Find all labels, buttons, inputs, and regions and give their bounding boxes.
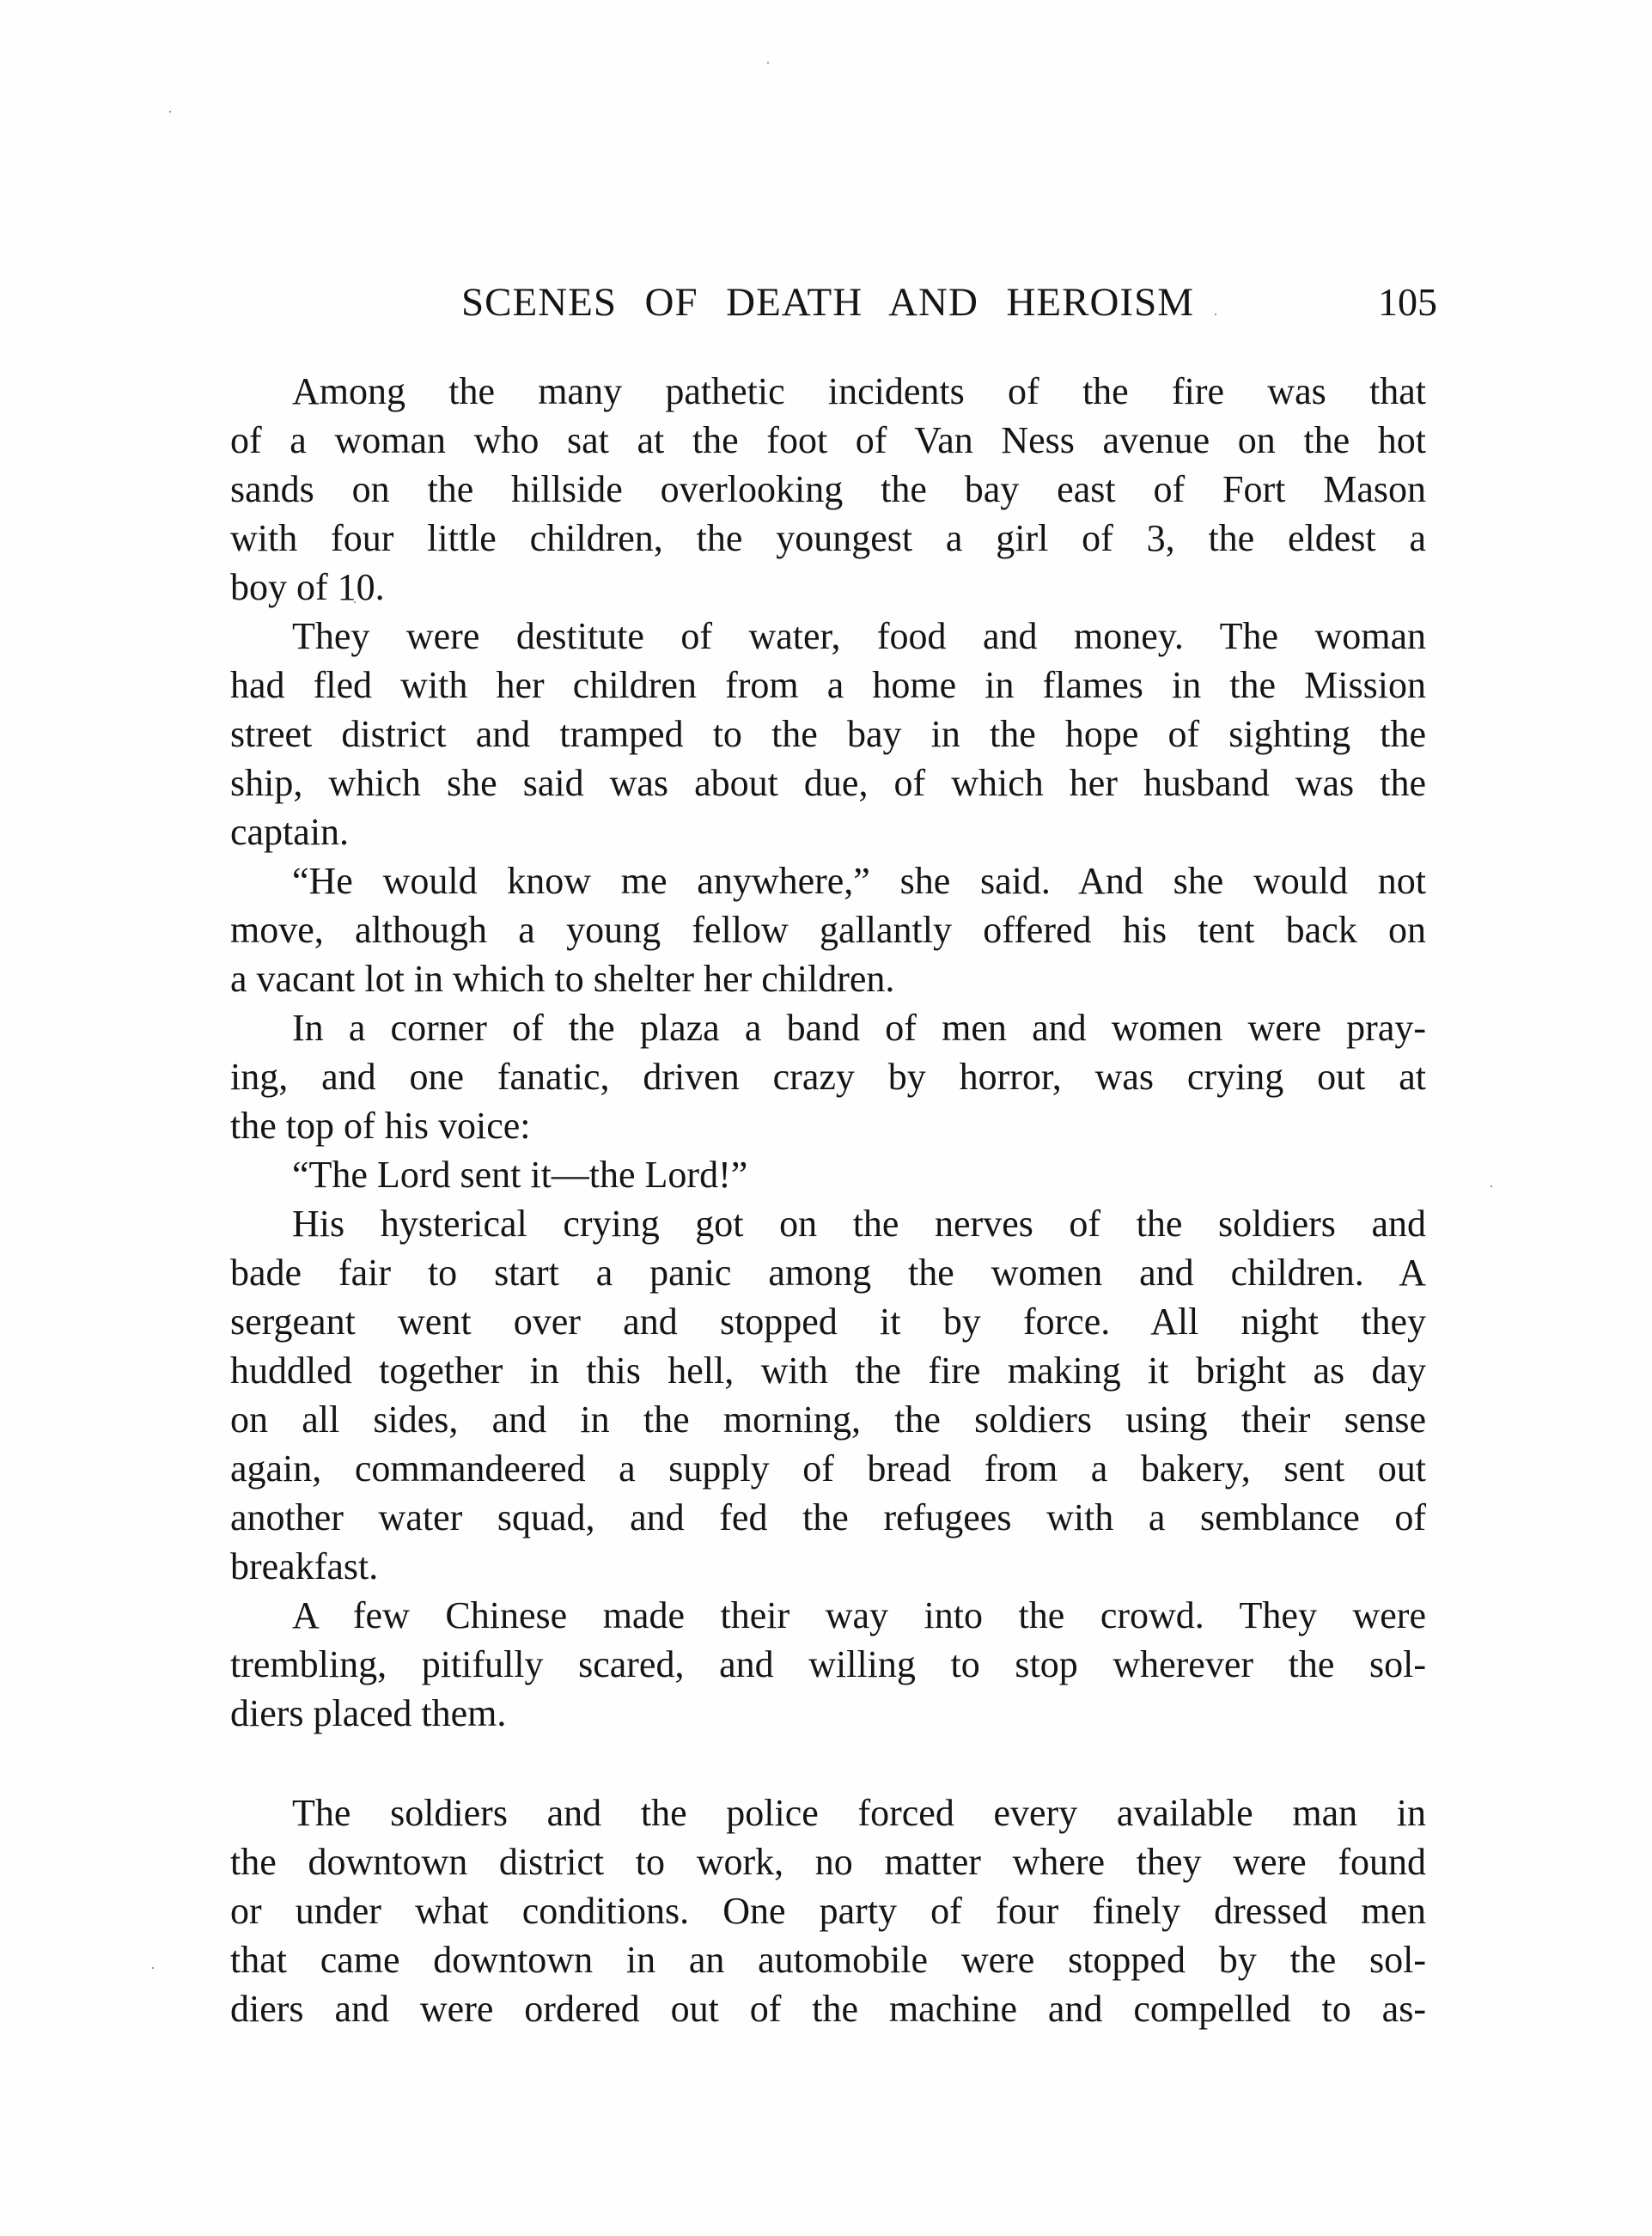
paragraph-1-line: of a woman who sat at the foot of Van Ne… [230, 416, 1426, 465]
paragraph-5-line: huddled together in this hell, with the … [230, 1346, 1426, 1395]
scan-speck [1215, 314, 1216, 315]
paragraph-3-line: “He would know me anywhere,” she said. A… [230, 856, 1426, 905]
paragraph-7-line: the downtown district to work, no matter… [230, 1837, 1426, 1886]
paragraph-5-line: again, commandeered a supply of bread fr… [230, 1444, 1426, 1493]
book-page: SCENES OF DEATH AND HEROISM 105 Among th… [0, 0, 1652, 2236]
paragraph-5-line: bade fair to start a panic among the wom… [230, 1248, 1426, 1297]
paragraph-6-line: diers placed them. [230, 1689, 1426, 1738]
paragraph-5-line: on all sides, and in the morning, the so… [230, 1395, 1426, 1444]
paragraph-4-line: In a corner of the plaza a band of men a… [230, 1003, 1426, 1052]
paragraph-3-line: move, although a young fellow gallantly … [230, 905, 1426, 954]
paragraph-5-line: His hysterical crying got on the nerves … [230, 1199, 1426, 1248]
paragraph-4-line: the top of his voice: [230, 1101, 1426, 1150]
paragraph-7-line: that came downtown in an automobile were… [230, 1935, 1426, 1984]
paragraph-1-line: with four little children, the youngest … [230, 514, 1426, 563]
text-section-1: Among the many pathetic incidents of the… [230, 367, 1426, 1738]
paragraph-7-line: diers and were ordered out of the machin… [230, 1984, 1426, 2033]
paragraph-2-line: They were destitute of water, food and m… [230, 612, 1426, 661]
scan-speck [767, 62, 769, 64]
paragraph-5-line: another water squad, and fed the refugee… [230, 1493, 1426, 1542]
running-head: SCENES OF DEATH AND HEROISM [461, 277, 1194, 328]
quote-line: “The Lord sent it—the Lord!” [230, 1150, 1426, 1199]
paragraph-3-line: a vacant lot in which to shelter her chi… [230, 954, 1426, 1003]
page-number: 105 [1378, 277, 1433, 328]
scan-speck [169, 111, 171, 113]
scan-speck [1490, 1185, 1492, 1187]
scan-speck [152, 1967, 154, 1969]
scan-speck [354, 601, 356, 603]
paragraph-7-line: or under what conditions. One party of f… [230, 1886, 1426, 1935]
paragraph-2-line: had fled with her children from a home i… [230, 661, 1426, 710]
paragraph-5-line: sergeant went over and stopped it by for… [230, 1297, 1426, 1346]
paragraph-6-line: trembling, pitifully scared, and willing… [230, 1640, 1426, 1689]
paragraph-2-line: street district and tramped to the bay i… [230, 710, 1426, 759]
paragraph-1-line: boy of 10. [230, 563, 1426, 612]
paragraph-1-line: Among the many pathetic incidents of the… [230, 367, 1426, 416]
paragraph-7-line: The soldiers and the police forced every… [230, 1788, 1426, 1837]
paragraph-4-line: ing, and one fanatic, driven crazy by ho… [230, 1052, 1426, 1101]
paragraph-2-line: ship, which she said was about due, of w… [230, 759, 1426, 807]
paragraph-6-line: A few Chinese made their way into the cr… [230, 1591, 1426, 1640]
paragraph-5-line: breakfast. [230, 1542, 1426, 1591]
paragraph-2-line: captain. [230, 807, 1426, 856]
text-section-2: The soldiers and the police forced every… [230, 1788, 1426, 2033]
paragraph-1-line: sands on the hillside overlooking the ba… [230, 465, 1426, 514]
